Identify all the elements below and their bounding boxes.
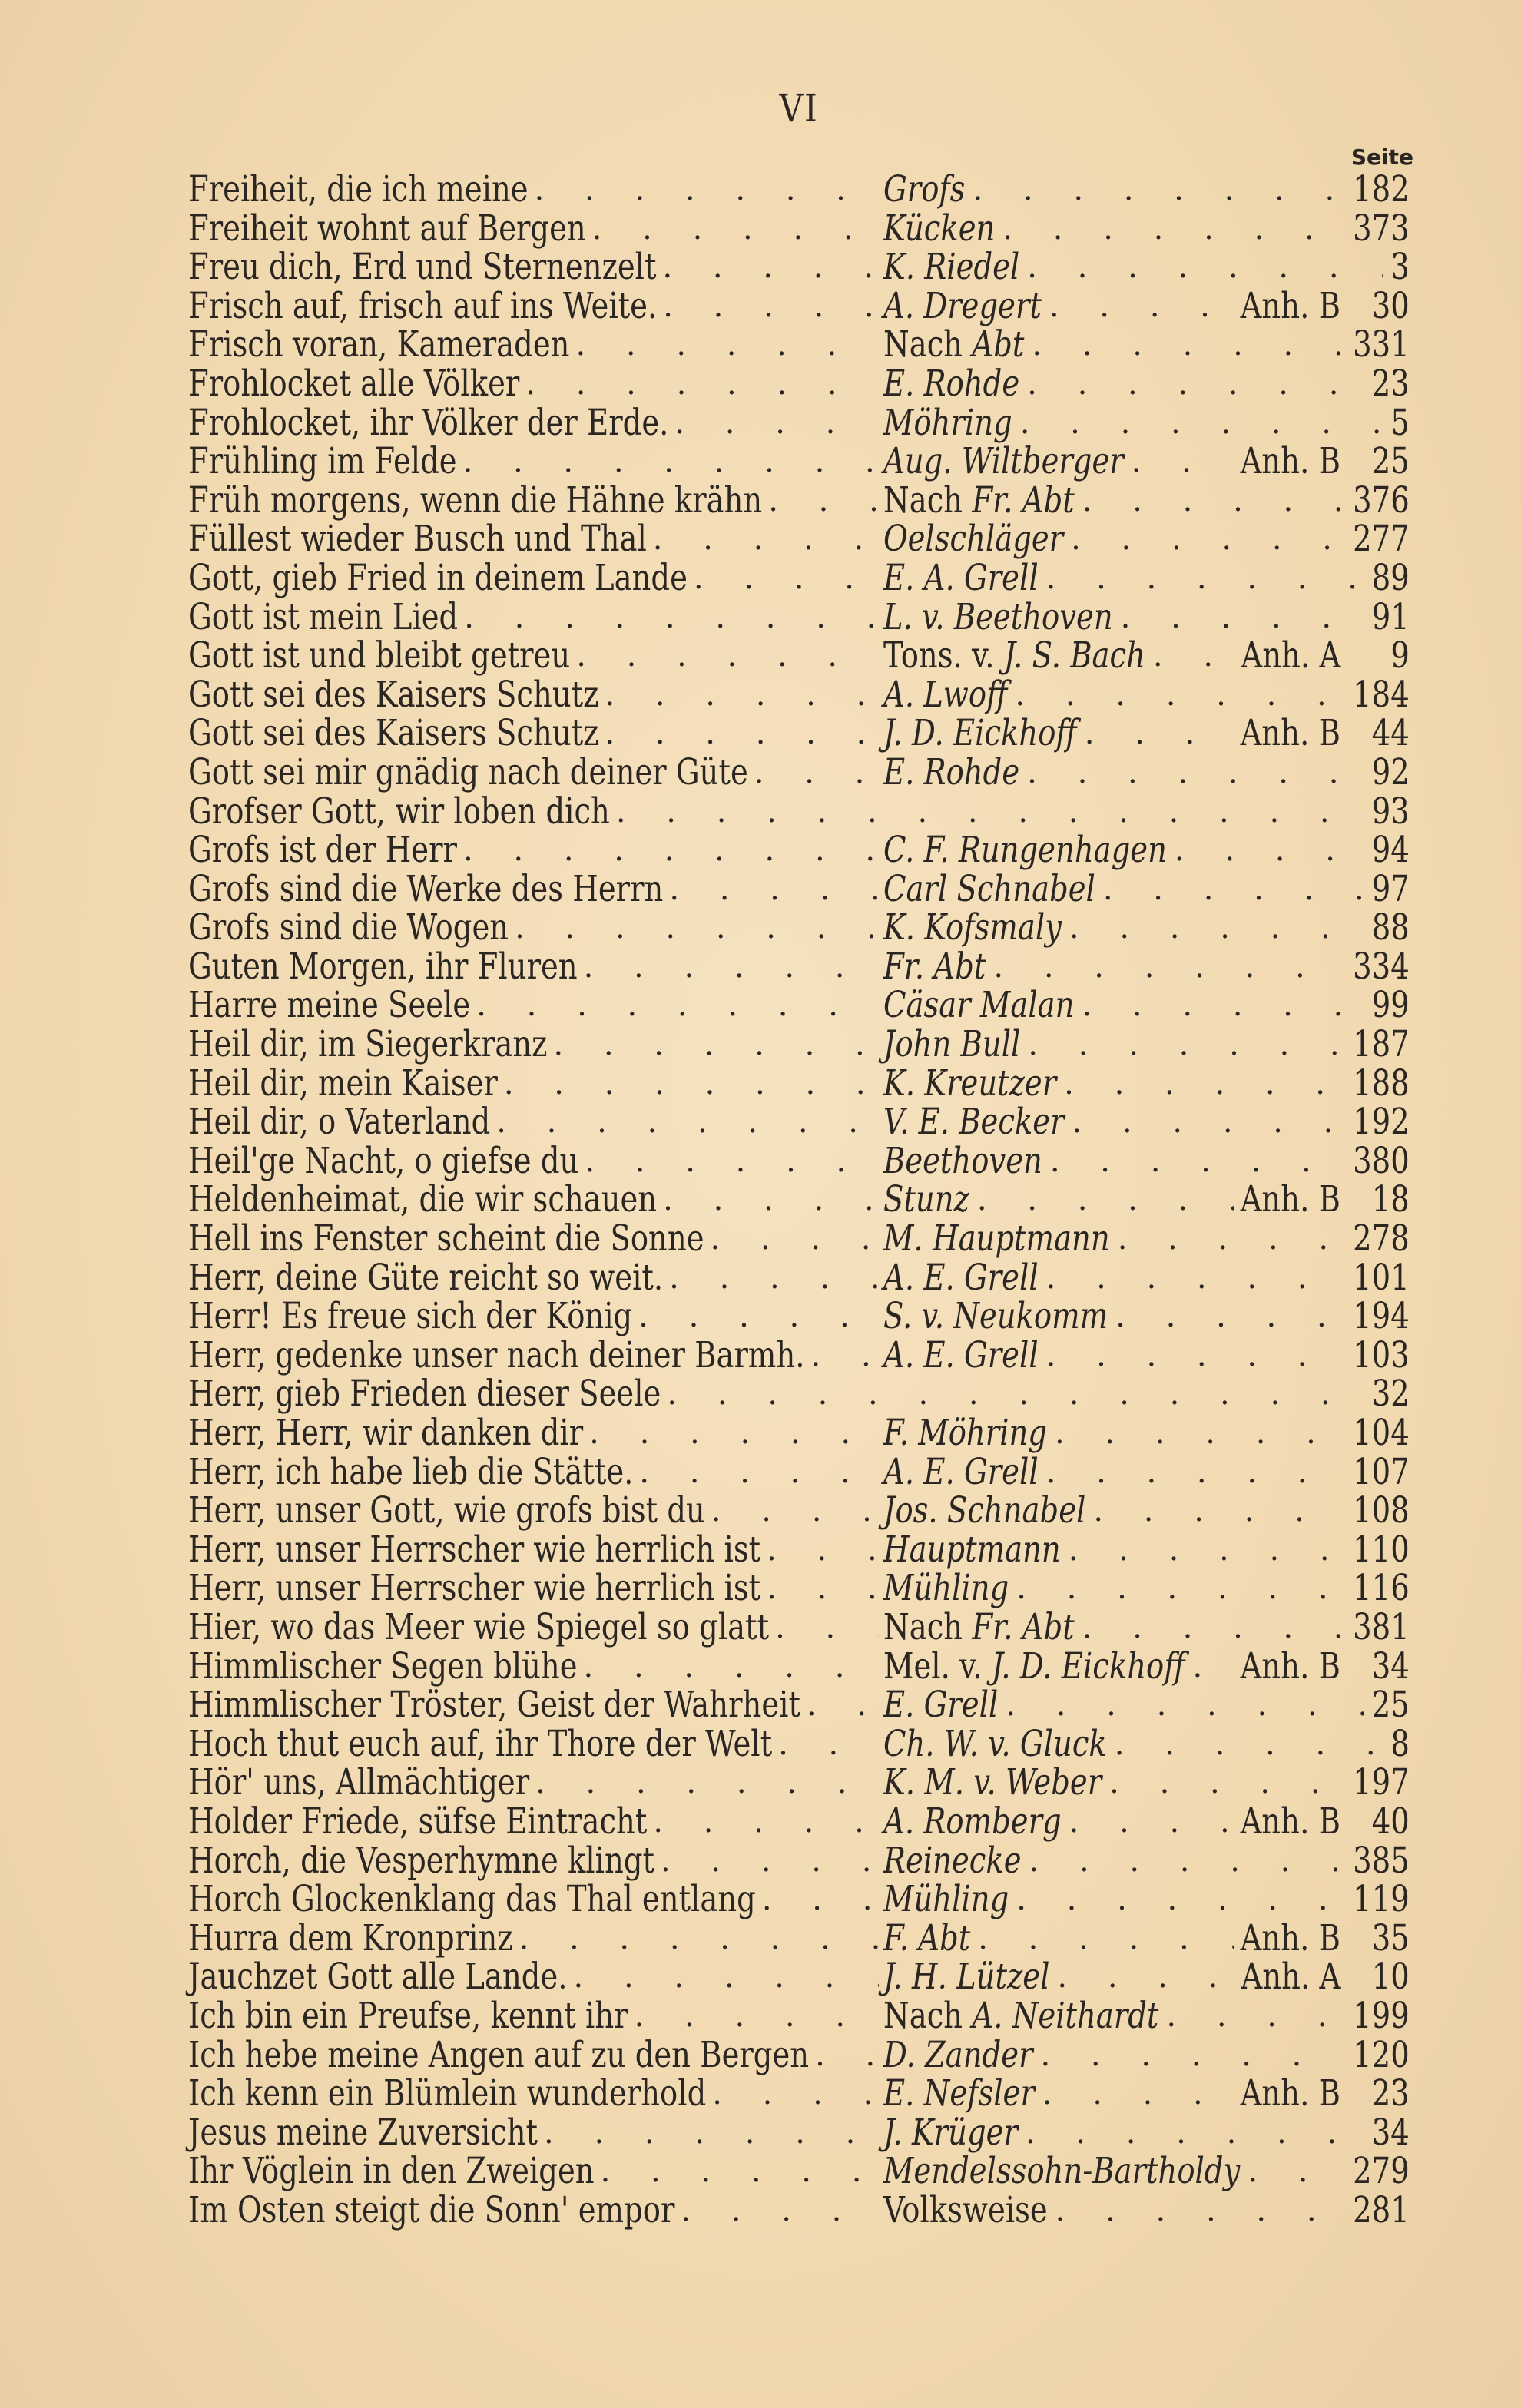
index-entry: . . . . . . . . . . . . . . . . . . . . … bbox=[188, 1919, 1410, 1959]
composer: Mühling bbox=[883, 1569, 1009, 1608]
song-title: Herr, gedenke unser nach deiner Barmh. bbox=[188, 1336, 805, 1376]
leader-dots: . . . . . . . . . . . . . . . . . . . . … bbox=[601, 2152, 879, 2191]
song-title: Früh morgens, wenn die Hähne krähn bbox=[188, 482, 762, 521]
page-ref: 35 bbox=[1372, 1919, 1410, 1959]
index-entry: . . . . . . . . . . . . . . . . . . . . … bbox=[188, 1181, 1410, 1220]
appendix-label: Anh. A bbox=[1241, 1958, 1340, 1997]
composer: Ch. W. v. Gluck bbox=[883, 1725, 1107, 1764]
song-title: Frisch auf, frisch auf ins Weite. bbox=[188, 287, 657, 326]
composer-name: A. Neithardt bbox=[972, 1995, 1158, 2037]
page-ref: 376 bbox=[1353, 482, 1410, 521]
index-entry: . . . . . . . . . . . . . . . . . . . . … bbox=[188, 2036, 1410, 2075]
column-header-seite: Seite bbox=[1351, 144, 1413, 170]
composer-name: Fr. Abt bbox=[972, 479, 1074, 522]
page-number: VI bbox=[120, 86, 1478, 131]
page-ref: 18 bbox=[1372, 1181, 1410, 1220]
leader-dots: . . . . . . . . . . . . . . . . . . . . … bbox=[544, 2114, 879, 2153]
song-title: Holder Friede, süfse Eintracht bbox=[188, 1803, 647, 1842]
leader-dots: . . . . . . . . . . . . . . . . . . . . … bbox=[639, 1453, 879, 1492]
song-title: Herr, Herr, wir danken dir bbox=[188, 1414, 583, 1453]
leader-dots: . . . . . . . . . . . . . . . . . . . . … bbox=[1064, 1065, 1345, 1104]
composer-name: K. M. v. Weber bbox=[883, 1761, 1102, 1804]
page-ref: 97 bbox=[1372, 870, 1410, 909]
leader-dots: . . . . . . . . . . . . . . . . . . . . … bbox=[605, 676, 879, 715]
leader-dots: . . . . . . . . . . . . . . . . . . . . … bbox=[1248, 2152, 1345, 2191]
leader-dots: . . . . . . . . . . . . . . . . . . . . … bbox=[496, 1103, 879, 1142]
composer-prefix: Volksweise bbox=[883, 2189, 1048, 2231]
page-ref: 34 bbox=[1372, 1648, 1410, 1687]
leader-dots: . . . . . . . . . . . . . . . . . . . . … bbox=[711, 1492, 879, 1531]
composer: F. Abt bbox=[883, 1919, 970, 1959]
composer-name: K. Riedel bbox=[883, 246, 1019, 288]
leader-dots: . . . . . . . . . . . . . . . . . . . . … bbox=[1057, 1958, 1234, 1997]
leader-dots: . . . . . . . . . . . . . . . . . . . . … bbox=[1071, 520, 1345, 559]
composer: A. Romberg bbox=[883, 1803, 1062, 1842]
page-ref: 281 bbox=[1353, 2191, 1410, 2231]
composer-name: K. Kofsmaly bbox=[883, 906, 1062, 949]
composer-name: Oelschläger bbox=[883, 518, 1063, 560]
composer: Volksweise bbox=[883, 2191, 1048, 2231]
composer-name: E. A. Grell bbox=[883, 557, 1039, 599]
leader-dots: . . . . . . . . . . . . . . . . . . . . … bbox=[1193, 1648, 1234, 1687]
leader-dots: . . . . . . . . . . . . . . . . . . . . … bbox=[1046, 1259, 1346, 1298]
song-title: Guten Morgen, ihr Fluren bbox=[188, 948, 578, 987]
song-title: Heil dir, o Vaterland bbox=[188, 1103, 490, 1142]
song-title: Ich bin ein Preufse, kennt ihr bbox=[188, 1997, 628, 2036]
index-entry: . . . . . . . . . . . . . . . . . . . . … bbox=[188, 1220, 1410, 1259]
song-title: Hurra dem Kronprinz bbox=[188, 1919, 513, 1959]
leader-dots: . . . . . . . . . . . . . . . . . . . . … bbox=[589, 1414, 879, 1453]
page-ref: 188 bbox=[1353, 1065, 1410, 1104]
composer-name: Stunz bbox=[883, 1178, 969, 1221]
song-title: Heldenheimat, die wir schauen bbox=[188, 1181, 657, 1220]
page-ref: 194 bbox=[1353, 1297, 1410, 1336]
leader-dots: . . . . . . . . . . . . . . . . . . . . … bbox=[1028, 1025, 1345, 1065]
page-ref: 334 bbox=[1353, 948, 1410, 987]
index-entry: . . . . . . . . . . . . . . . . . . . . … bbox=[188, 598, 1410, 638]
leader-dots: . . . . . . . . . . . . . . . . . . . . … bbox=[669, 870, 879, 909]
song-title: Herr, gieb Frieden dieser Seele bbox=[188, 1375, 661, 1414]
leader-dots: . . . . . . . . . . . . . . . . . . . . … bbox=[1055, 1414, 1345, 1453]
page-ref: 381 bbox=[1353, 1608, 1410, 1648]
leader-dots: . . . . . . . . . . . . . . . . . . . . … bbox=[1175, 831, 1364, 870]
leader-dots: . . . . . . . . . . . . . . . . . . . . … bbox=[661, 1842, 879, 1881]
index-entry: . . . . . . . . . . . . . . . . . . . . … bbox=[188, 1958, 1410, 1997]
page-ref: 110 bbox=[1353, 1531, 1410, 1570]
index-entry: . . . . . . . . . . . . . . . . . . . . … bbox=[188, 1803, 1410, 1842]
index-entry: . . . . . . . . . . . . . . . . . . . . … bbox=[188, 1997, 1410, 2036]
song-title: Frohlocket, ihr Völker der Erde. bbox=[188, 404, 668, 443]
page-ref: 116 bbox=[1353, 1569, 1410, 1608]
leader-dots: . . . . . . . . . . . . . . . . . . . . … bbox=[1072, 1103, 1346, 1142]
leader-dots: . . . . . . . . . . . . . . . . . . . . … bbox=[663, 1181, 879, 1220]
index-entry: . . . . . . . . . . . . . . . . . . . . … bbox=[188, 1842, 1410, 1881]
appendix-label: Anh. B bbox=[1241, 1803, 1340, 1842]
index-entry: . . . . . . . . . . . . . . . . . . . . … bbox=[188, 442, 1410, 482]
leader-dots: . . . . . . . . . . . . . . . . . . . . … bbox=[768, 482, 879, 521]
page-ref: 94 bbox=[1372, 831, 1410, 870]
composer-name: A. E. Grell bbox=[883, 1451, 1039, 1493]
song-title: Ihr Vöglein in den Zweigen bbox=[188, 2152, 595, 2191]
composer-prefix: Nach bbox=[883, 1606, 972, 1648]
leader-dots: . . . . . . . . . . . . . . . . . . . . … bbox=[811, 1336, 879, 1376]
composer: Nach Fr. Abt bbox=[883, 482, 1075, 521]
composer-name: M. Hauptmann bbox=[883, 1217, 1110, 1260]
composer: J. H. Lützel bbox=[883, 1958, 1049, 1997]
song-title: Grofs sind die Werke des Herrn bbox=[188, 870, 663, 909]
page-ref: 184 bbox=[1353, 676, 1410, 715]
composer: K. M. v. Weber bbox=[883, 1764, 1102, 1803]
page-ref: 23 bbox=[1372, 2075, 1410, 2114]
composer: A. Dregert bbox=[883, 287, 1042, 326]
leader-dots: . . . . . . . . . . . . . . . . . . . . … bbox=[464, 598, 879, 638]
index-entry: . . . . . . . . . . . . . . . . . . . . … bbox=[188, 1453, 1410, 1492]
leader-dots: . . . . . . . . . . . . . . . . . . . . … bbox=[1132, 442, 1234, 482]
leader-dots: . . . . . . . . . . . . . . . . . . . . … bbox=[1103, 870, 1364, 909]
page-ref: 10 bbox=[1372, 1958, 1410, 1997]
leader-dots: . . . . . . . . . . . . . . . . . . . . … bbox=[1020, 404, 1383, 443]
page-ref: 89 bbox=[1372, 559, 1410, 598]
composer: A. E. Grell bbox=[883, 1453, 1039, 1492]
leader-dots: . . . . . . . . . . . . . . . . . . . . … bbox=[1166, 1997, 1345, 2036]
composer-name: Mühling bbox=[883, 1878, 1009, 1920]
leader-dots: . . . . . . . . . . . . . . . . . . . . … bbox=[663, 287, 879, 326]
leader-dots: . . . . . . . . . . . . . . . . . . . . … bbox=[767, 1531, 879, 1570]
song-title: Hör' uns, Allmächtiger bbox=[188, 1764, 529, 1803]
page-ref: 99 bbox=[1372, 986, 1410, 1025]
composer-name: E. Rohde bbox=[883, 751, 1019, 793]
page-ref: 23 bbox=[1372, 365, 1410, 404]
index-entry: . . . . . . . . . . . . . . . . . . . . … bbox=[188, 1492, 1410, 1531]
leader-dots: . . . . . . . . . . . . . . . . . . . . … bbox=[815, 2036, 879, 2075]
composer-name: F. Möhring bbox=[883, 1412, 1047, 1454]
page-ref: 279 bbox=[1353, 2152, 1410, 2191]
song-title: Gott sei des Kaisers Schutz bbox=[188, 714, 598, 754]
leader-dots: . . . . . . . . . . . . . . . . . . . . … bbox=[1006, 1686, 1364, 1725]
leader-dots: . . . . . . . . . . . . . . . . . . . . … bbox=[592, 210, 879, 249]
leader-dots: . . . . . . . . . . . . . . . . . . . . … bbox=[674, 404, 879, 443]
leader-dots: . . . . . . . . . . . . . . . . . . . . … bbox=[1026, 2114, 1364, 2153]
composer: Möhring bbox=[883, 404, 1012, 443]
song-title: Herr, unser Herrscher wie herrlich ist bbox=[188, 1531, 760, 1570]
composer: V. E. Becker bbox=[883, 1103, 1065, 1142]
composer-name: Hauptmann bbox=[883, 1529, 1061, 1571]
song-title: Freiheit wohnt auf Bergen bbox=[188, 210, 586, 249]
page-ref: 92 bbox=[1372, 754, 1410, 793]
leader-dots: . . . . . . . . . . . . . . . . . . . . … bbox=[1121, 598, 1364, 638]
index-entry: . . . . . . . . . . . . . . . . . . . . … bbox=[188, 1725, 1410, 1764]
leader-dots: . . . . . . . . . . . . . . . . . . . . … bbox=[1050, 1142, 1346, 1181]
composer: E. Rohde bbox=[883, 754, 1019, 793]
leader-dots: . . . . . . . . . . . . . . . . . . . . … bbox=[754, 754, 879, 793]
song-title: Hier, wo das Meer wie Spiegel so glatt bbox=[188, 1608, 769, 1648]
composer: Nach Fr. Abt bbox=[883, 1608, 1075, 1648]
page-ref: 104 bbox=[1353, 1414, 1410, 1453]
leader-dots: . . . . . . . . . . . . . . . . . . . . … bbox=[653, 520, 879, 559]
page-ref: 8 bbox=[1390, 1725, 1410, 1764]
composer: Hauptmann bbox=[883, 1531, 1061, 1570]
composer: Aug. Wiltberger bbox=[883, 442, 1124, 482]
leader-dots: . . . . . . . . . . . . . . . . . . . . … bbox=[1109, 1764, 1345, 1803]
leader-dots: . . . . . . . . . . . . . . . . . . . . … bbox=[767, 1569, 879, 1608]
composer-name: A. Dregert bbox=[883, 285, 1042, 327]
song-title: Herr, unser Herrscher wie herrlich ist bbox=[188, 1569, 760, 1608]
song-title: Herr, deine Güte reicht so weit. bbox=[188, 1259, 663, 1298]
appendix-label: Anh. B bbox=[1241, 287, 1340, 326]
composer: E. Grell bbox=[883, 1686, 998, 1725]
composer-name: V. E. Becker bbox=[883, 1101, 1065, 1143]
composer: Stunz bbox=[883, 1181, 969, 1220]
index-entry: . . . . . . . . . . . . . . . . . . . . … bbox=[188, 2114, 1410, 2153]
composer: Mendelssohn-Bartholdy bbox=[883, 2152, 1240, 2191]
composer: K. Kreutzer bbox=[883, 1065, 1056, 1104]
index-entry: . . . . . . . . . . . . . . . . . . . . … bbox=[188, 1608, 1410, 1648]
leader-dots: . . . . . . . . . . . . . . . . . . . . … bbox=[1016, 1880, 1345, 1919]
composer: Nach Abt bbox=[883, 326, 1024, 365]
leader-dots: . . . . . . . . . . . . . . . . . . . . … bbox=[1082, 1608, 1346, 1648]
index-entry: . . . . . . . . . . . . . . . . . . . . … bbox=[188, 909, 1410, 948]
song-title: Hell ins Fenster scheint die Sonne bbox=[188, 1220, 704, 1259]
leader-dots: . . . . . . . . . . . . . . . . . . . . … bbox=[694, 559, 879, 598]
composer-name: D. Zander bbox=[883, 2034, 1033, 2076]
leader-dots: . . . . . . . . . . . . . . . . . . . . … bbox=[535, 1764, 879, 1803]
composer: Mel. v. J. D. Eickhoff bbox=[883, 1648, 1185, 1687]
appendix-label: Anh. B bbox=[1241, 1919, 1340, 1959]
composer-name: E. Grell bbox=[883, 1684, 998, 1726]
composer: F. Möhring bbox=[883, 1414, 1047, 1453]
composer: E. Nefsler bbox=[883, 2075, 1035, 2114]
index-entry: . . . . . . . . . . . . . . . . . . . . … bbox=[188, 1764, 1410, 1803]
leader-dots: . . . . . . . . . . . . . . . . . . . . … bbox=[662, 248, 879, 287]
page-ref: 187 bbox=[1353, 1025, 1410, 1065]
page-ref: 192 bbox=[1353, 1103, 1410, 1142]
composer: C. F. Rungenhagen bbox=[883, 831, 1167, 870]
composer: A. E. Grell bbox=[883, 1336, 1039, 1376]
song-title: Gott ist und bleibt getreu bbox=[188, 637, 570, 676]
composer: Oelschläger bbox=[883, 520, 1063, 559]
composer-name: J. D. Eickhoff bbox=[883, 712, 1077, 754]
composer-name: L. v. Beethoven bbox=[883, 596, 1113, 638]
song-title: Frisch voran, Kameraden bbox=[188, 326, 569, 365]
composer-name: Ch. W. v. Gluck bbox=[883, 1723, 1107, 1765]
song-title: Grofs sind die Wogen bbox=[188, 909, 509, 948]
composer-name: Fr. Abt bbox=[883, 946, 986, 988]
index-entry: . . . . . . . . . . . . . . . . . . . . … bbox=[188, 210, 1410, 249]
index-entry: . . . . . . . . . . . . . . . . . . . . … bbox=[188, 1414, 1410, 1453]
composer-name: Mühling bbox=[883, 1567, 1009, 1609]
leader-dots: . . . . . . . . . . . . . . . . . . . . … bbox=[1016, 1569, 1345, 1608]
composer-name: E. Rohde bbox=[883, 363, 1019, 405]
index-entry: . . . . . . . . . . . . . . . . . . . . … bbox=[188, 1103, 1410, 1142]
composer-name: Mendelssohn-Bartholdy bbox=[883, 2150, 1240, 2192]
composer-prefix: Tons. v. bbox=[883, 634, 1004, 677]
composer-prefix: Nach bbox=[883, 1995, 972, 2037]
index-entry: . . . . . . . . . . . . . . . . . . . . … bbox=[188, 171, 1410, 210]
index-entry: . . . . . . . . . . . . . . . . . . . . … bbox=[188, 948, 1410, 987]
song-title: Jauchzet Gott alle Lande. bbox=[188, 1958, 568, 1997]
song-title: Heil dir, im Siegerkranz bbox=[188, 1025, 547, 1065]
page-ref: 380 bbox=[1353, 1142, 1410, 1181]
song-title: Im Osten steigt die Sonn' empor bbox=[188, 2191, 674, 2231]
composer: J. Krüger bbox=[883, 2114, 1018, 2153]
leader-dots: . . . . . . . . . . . . . . . . . . . . … bbox=[515, 909, 879, 948]
composer-name: Cäsar Malan bbox=[883, 984, 1074, 1026]
leader-dots: . . . . . . . . . . . . . . . . . . . . … bbox=[653, 1803, 879, 1842]
leader-dots: . . . . . . . . . . . . . . . . . . . . … bbox=[1029, 1842, 1346, 1881]
appendix-label: Anh. A bbox=[1241, 637, 1340, 676]
leader-dots: . . . . . . . . . . . . . . . . . . . . … bbox=[1046, 559, 1364, 598]
leader-dots: . . . . . . . . . . . . . . . . . . . . … bbox=[575, 326, 879, 365]
song-title: Gott sei des Kaisers Schutz bbox=[188, 676, 598, 715]
index-entry: . . . . . . . . . . . . . . . . . . . . … bbox=[188, 287, 1410, 326]
song-title: Ich kenn ein Blümlein wunderhold bbox=[188, 2075, 706, 2114]
song-title: Freiheit, die ich meine bbox=[188, 171, 529, 210]
appendix-label: Anh. B bbox=[1241, 1181, 1340, 1220]
page-ref: 103 bbox=[1353, 1336, 1410, 1376]
leader-dots: . . . . . . . . . . . . . . . . . . . . … bbox=[553, 1025, 879, 1065]
composer: Nach A. Neithardt bbox=[883, 1997, 1158, 2036]
leader-dots: . . . . . . . . . . . . . . . . . . . . … bbox=[778, 1725, 879, 1764]
leader-dots: . . . . . . . . . . . . . . . . . . . . … bbox=[1055, 2191, 1346, 2231]
composer: A. E. Grell bbox=[883, 1259, 1039, 1298]
leader-dots: . . . . . . . . . . . . . . . . . . . . … bbox=[463, 831, 879, 870]
leader-dots: . . . . . . . . . . . . . . . . . . . . … bbox=[463, 442, 879, 482]
index-entry: . . . . . . . . . . . . . . . . . . . . … bbox=[188, 2075, 1410, 2114]
leader-dots: . . . . . . . . . . . . . . . . . . . . … bbox=[1042, 2075, 1234, 2114]
index-entry: . . . . . . . . . . . . . . . . . . . . … bbox=[188, 1336, 1410, 1376]
leader-dots: . . . . . . . . . . . . . . . . . . . . … bbox=[1069, 1531, 1346, 1570]
leader-dots: . . . . . . . . . . . . . . . . . . . . … bbox=[1069, 909, 1364, 948]
appendix-label: Anh. B bbox=[1241, 442, 1340, 482]
appendix-label: Anh. B bbox=[1241, 1648, 1340, 1687]
leader-dots: . . . . . . . . . . . . . . . . . . . . … bbox=[1046, 1453, 1346, 1492]
leader-dots: . . . . . . . . . . . . . . . . . . . . … bbox=[973, 171, 1345, 210]
composer-name: K. Kreutzer bbox=[883, 1062, 1056, 1105]
song-title: Gott ist mein Lied bbox=[188, 598, 458, 638]
leader-dots: . . . . . . . . . . . . . . . . . . . . … bbox=[1032, 326, 1345, 365]
page-ref: 119 bbox=[1353, 1880, 1410, 1919]
leader-dots: . . . . . . . . . . . . . . . . . . . . … bbox=[993, 948, 1345, 987]
page-ref: 101 bbox=[1353, 1259, 1410, 1298]
song-title: Herr! Es freue sich der König bbox=[188, 1297, 632, 1336]
song-title: Grofs ist der Herr bbox=[188, 831, 457, 870]
leader-dots: . . . . . . . . . . . . . . . . . . . . … bbox=[1027, 754, 1364, 793]
page-ref: 25 bbox=[1372, 442, 1410, 482]
composer: Carl Schnabel bbox=[883, 870, 1095, 909]
leader-dots: . . . . . . . . . . . . . . . . . . . . … bbox=[584, 1648, 879, 1687]
page-ref: 40 bbox=[1372, 1803, 1410, 1842]
index-entry: . . . . . . . . . . . . . . . . . . . . … bbox=[188, 1880, 1410, 1919]
page-ref: 107 bbox=[1353, 1453, 1410, 1492]
leader-dots: . . . . . . . . . . . . . . . . . . . . … bbox=[669, 1259, 879, 1298]
index-entry: . . . . . . . . . . . . . . . . . . . . … bbox=[188, 1142, 1410, 1181]
leader-dots: . . . . . . . . . . . . . . . . . . . . … bbox=[1115, 1725, 1383, 1764]
index-entry: . . . . . . . . . . . . . . . . . . . . … bbox=[188, 793, 1410, 832]
page-ref: 32 bbox=[1372, 1375, 1410, 1414]
leader-dots: . . . . . . . . . . . . . . . . . . . . … bbox=[762, 1880, 879, 1919]
composer: J. D. Eickhoff bbox=[883, 714, 1077, 754]
index-entry: . . . . . . . . . . . . . . . . . . . . … bbox=[188, 1648, 1410, 1687]
index-entry: . . . . . . . . . . . . . . . . . . . . … bbox=[188, 870, 1410, 909]
leader-dots: . . . . . . . . . . . . . . . . . . . . … bbox=[1027, 248, 1383, 287]
composer: John Bull bbox=[883, 1025, 1020, 1065]
page-ref: 3 bbox=[1390, 248, 1410, 287]
composer: E. Rohde bbox=[883, 365, 1019, 404]
index-entry: . . . . . . . . . . . . . . . . . . . . … bbox=[188, 2152, 1410, 2191]
composer-name: Reinecke bbox=[883, 1840, 1022, 1882]
appendix-label: Anh. B bbox=[1241, 2075, 1340, 2114]
composer-name: J. D. Eickhoff bbox=[992, 1645, 1185, 1688]
leader-dots: . . . . . . . . . . . . . . . . . . . . … bbox=[1027, 365, 1364, 404]
song-title: Jesus meine Zuversicht bbox=[188, 2114, 538, 2153]
leader-dots: . . . . . . . . . . . . . . . . . . . . … bbox=[616, 793, 1364, 832]
index-entry: . . . . . . . . . . . . . . . . . . . . … bbox=[188, 365, 1410, 404]
leader-dots: . . . . . . . . . . . . . . . . . . . . … bbox=[1153, 637, 1234, 676]
page-ref: 331 bbox=[1353, 326, 1410, 365]
leader-dots: . . . . . . . . . . . . . . . . . . . . … bbox=[605, 714, 879, 754]
composer-name: C. F. Rungenhagen bbox=[883, 829, 1167, 871]
index-entry: . . . . . . . . . . . . . . . . . . . . … bbox=[188, 676, 1410, 715]
page-ref: 88 bbox=[1372, 909, 1410, 948]
index-entry: . . . . . . . . . . . . . . . . . . . . … bbox=[188, 754, 1410, 793]
leader-dots: . . . . . . . . . . . . . . . . . . . . … bbox=[1049, 287, 1234, 326]
composer: Cäsar Malan bbox=[883, 986, 1074, 1025]
leader-dots: . . . . . . . . . . . . . . . . . . . . … bbox=[476, 986, 879, 1025]
leader-dots: . . . . . . . . . . . . . . . . . . . . … bbox=[576, 637, 879, 676]
leader-dots: . . . . . . . . . . . . . . . . . . . . … bbox=[638, 1297, 879, 1336]
leader-dots: . . . . . . . . . . . . . . . . . . . . … bbox=[711, 1220, 879, 1259]
composer: E. A. Grell bbox=[883, 559, 1039, 598]
composer: Tons. v. J. S. Bach bbox=[883, 637, 1145, 676]
song-title: Grofser Gott, wir loben dich bbox=[188, 793, 610, 832]
song-title: Heil'ge Nacht, o giefse du bbox=[188, 1142, 578, 1181]
page-ref: 278 bbox=[1353, 1220, 1410, 1259]
song-title: Harre meine Seele bbox=[188, 986, 470, 1025]
song-title: Ich hebe meine Angen auf zu den Bergen bbox=[188, 2036, 809, 2075]
leader-dots: . . . . . . . . . . . . . . . . . . . . … bbox=[584, 948, 879, 987]
page-ref: 199 bbox=[1353, 1997, 1410, 2036]
composer-name: A. E. Grell bbox=[883, 1334, 1039, 1376]
song-title: Herr, ich habe lieb die Stätte. bbox=[188, 1453, 633, 1492]
composer-name: J. S. Bach bbox=[1004, 634, 1145, 677]
leader-dots: . . . . . . . . . . . . . . . . . . . . … bbox=[1118, 1220, 1346, 1259]
composer-name: Aug. Wiltberger bbox=[883, 440, 1124, 482]
index-entry: . . . . . . . . . . . . . . . . . . . . … bbox=[188, 637, 1410, 676]
index-entry: . . . . . . . . . . . . . . . . . . . . … bbox=[188, 714, 1410, 754]
index-entry: . . . . . . . . . . . . . . . . . . . . … bbox=[188, 1259, 1410, 1298]
composer-name: Carl Schnabel bbox=[883, 868, 1095, 910]
leader-dots: . . . . . . . . . . . . . . . . . . . . … bbox=[807, 1686, 879, 1725]
leader-dots: . . . . . . . . . . . . . . . . . . . . … bbox=[1082, 482, 1346, 521]
leader-dots: . . . . . . . . . . . . . . . . . . . . … bbox=[667, 1375, 1364, 1414]
index-entry: . . . . . . . . . . . . . . . . . . . . … bbox=[188, 559, 1410, 598]
composer: S. v. Neukomm bbox=[883, 1297, 1108, 1336]
page-ref: 385 bbox=[1353, 1842, 1410, 1881]
page-ref: 108 bbox=[1353, 1492, 1410, 1531]
leader-dots: . . . . . . . . . . . . . . . . . . . . … bbox=[977, 1181, 1234, 1220]
composer-name: Möhring bbox=[883, 402, 1012, 444]
composer-name: John Bull bbox=[883, 1023, 1020, 1065]
song-index-list: . . . . . . . . . . . . . . . . . . . . … bbox=[188, 171, 1410, 2230]
page-ref: 373 bbox=[1353, 210, 1410, 249]
page-ref: 93 bbox=[1372, 793, 1410, 832]
leader-dots: . . . . . . . . . . . . . . . . . . . . … bbox=[1041, 2036, 1346, 2075]
song-title: Horch, die Vesperhymne klingt bbox=[188, 1842, 654, 1881]
index-entry: . . . . . . . . . . . . . . . . . . . . … bbox=[188, 482, 1410, 521]
leader-dots: . . . . . . . . . . . . . . . . . . . . … bbox=[525, 365, 879, 404]
composer: K. Kofsmaly bbox=[883, 909, 1062, 948]
leader-dots: . . . . . . . . . . . . . . . . . . . . … bbox=[585, 1142, 879, 1181]
